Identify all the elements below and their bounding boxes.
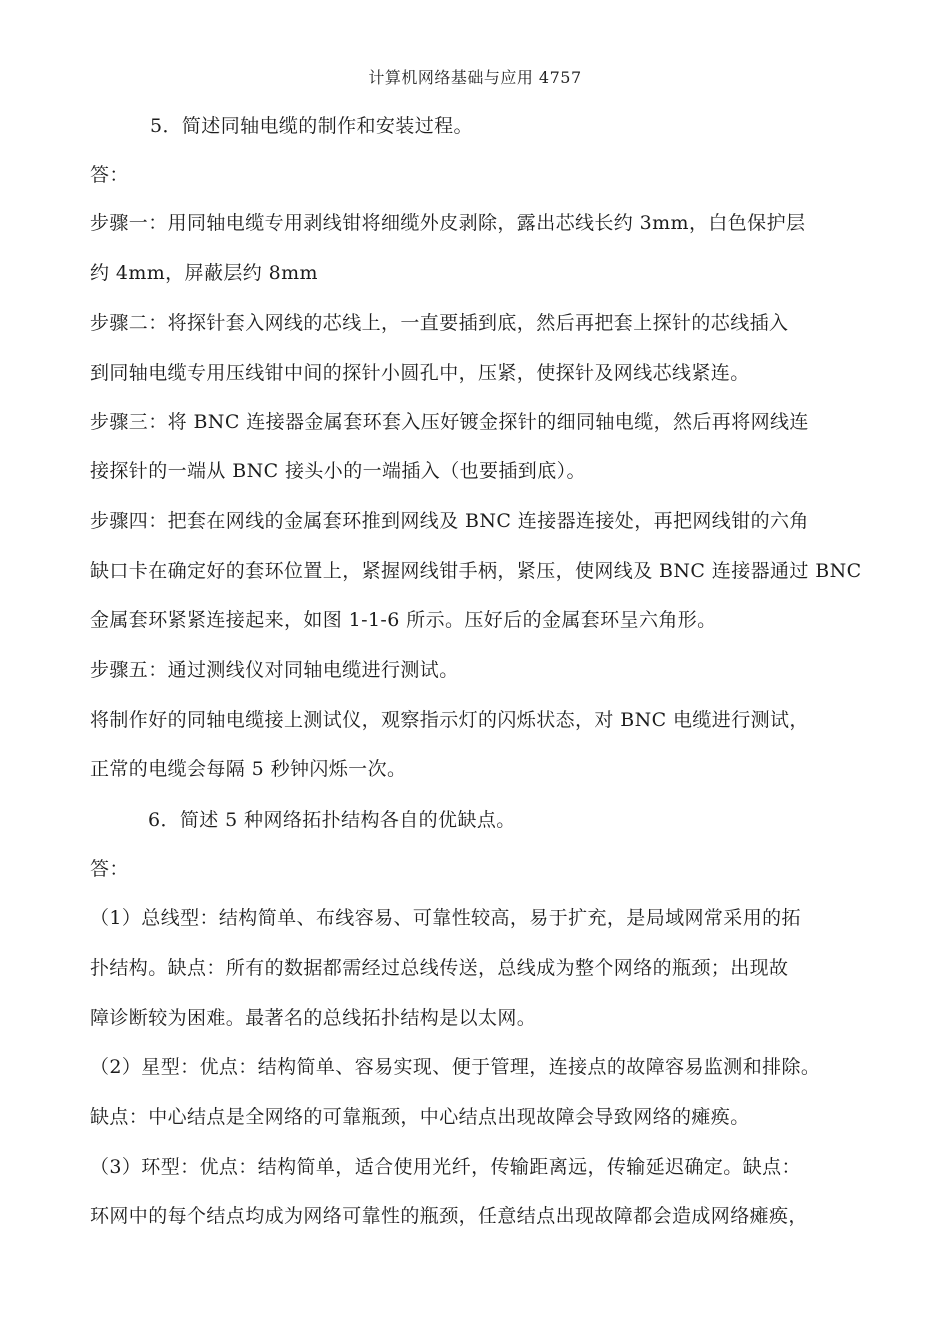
q5-step3-line2: 接探针的一端从 BNC 接头小的一端插入（也要插到底）。: [90, 459, 586, 483]
q5-step4-line2: 缺口卡在确定好的套环位置上，紧握网线钳手柄，紧压，使网线及 BNC 连接器通过 …: [90, 559, 862, 583]
q6-ring-line2: 环网中的每个结点均成为网络可靠性的瓶颈，任意结点出现故障都会造成网络瘫痪，: [90, 1204, 808, 1228]
q5-step4-line1: 步骤四：把套在网线的金属套环推到网线及 BNC 连接器连接处，再把网线钳的六角: [90, 509, 809, 533]
q6-ring-line1: （3）环型：优点：结构简单，适合使用光纤，传输距离远，传输延迟确定。缺点：: [90, 1155, 801, 1179]
q5-step3-line1: 步骤三：将 BNC 连接器金属套环套入压好镀金探针的细同轴电缆，然后再将网线连: [90, 410, 809, 434]
q6-bus-line3: 障诊断较为困难。最著名的总线拓扑结构是以太网。: [90, 1006, 536, 1030]
q5-step5-line2: 将制作好的同轴电缆接上测试仪，观察指示灯的闪烁状态，对 BNC 电缆进行测试，: [90, 708, 809, 732]
q6-bus-line2: 扑结构。缺点：所有的数据都需经过总线传送，总线成为整个网络的瓶颈；出现故: [90, 956, 788, 980]
q6-star-line1: （2）星型：优点：结构简单、容易实现、便于管理，连接点的故障容易监测和排除。: [90, 1055, 820, 1079]
question-5-title: 5．简述同轴电缆的制作和安装过程。: [150, 114, 473, 138]
q6-star-line2: 缺点：中心结点是全网络的可靠瓶颈，中心结点出现故障会导致网络的瘫痪。: [90, 1105, 750, 1129]
q5-step2-line2: 到同轴电缆专用压线钳中间的探针小圆孔中，压紧，使探针及网线芯线紧连。: [90, 361, 750, 385]
question-6-answer-label: 答：: [90, 857, 129, 881]
page-header: 计算机网络基础与应用 4757: [0, 68, 950, 88]
q5-step1-line2: 约 4mm，屏蔽层约 8mm: [90, 261, 318, 285]
document-page: 计算机网络基础与应用 4757 5．简述同轴电缆的制作和安装过程。 答： 步骤一…: [0, 0, 950, 1341]
q5-step1-line1: 步骤一：用同轴电缆专用剥线钳将细缆外皮剥除，露出芯线长约 3mm，白色保护层: [90, 211, 805, 235]
q5-step4-line3: 金属套环紧紧连接起来，如图 1-1-6 所示。压好后的金属套环呈六角形。: [90, 608, 717, 632]
q5-step5-line1: 步骤五：通过测线仪对同轴电缆进行测试。: [90, 658, 459, 682]
question-6-title: 6．简述 5 种网络拓扑结构各自的优缺点。: [148, 808, 516, 832]
q6-bus-line1: （1）总线型：结构简单、布线容易、可靠性较高，易于扩充，是局域网常采用的拓: [90, 906, 801, 930]
q5-step2-line1: 步骤二：将探针套入网线的芯线上，一直要插到底，然后再把套上探针的芯线插入: [90, 311, 788, 335]
q5-step5-line3: 正常的电缆会每隔 5 秒钟闪烁一次。: [90, 757, 406, 781]
question-5-answer-label: 答：: [90, 163, 129, 187]
